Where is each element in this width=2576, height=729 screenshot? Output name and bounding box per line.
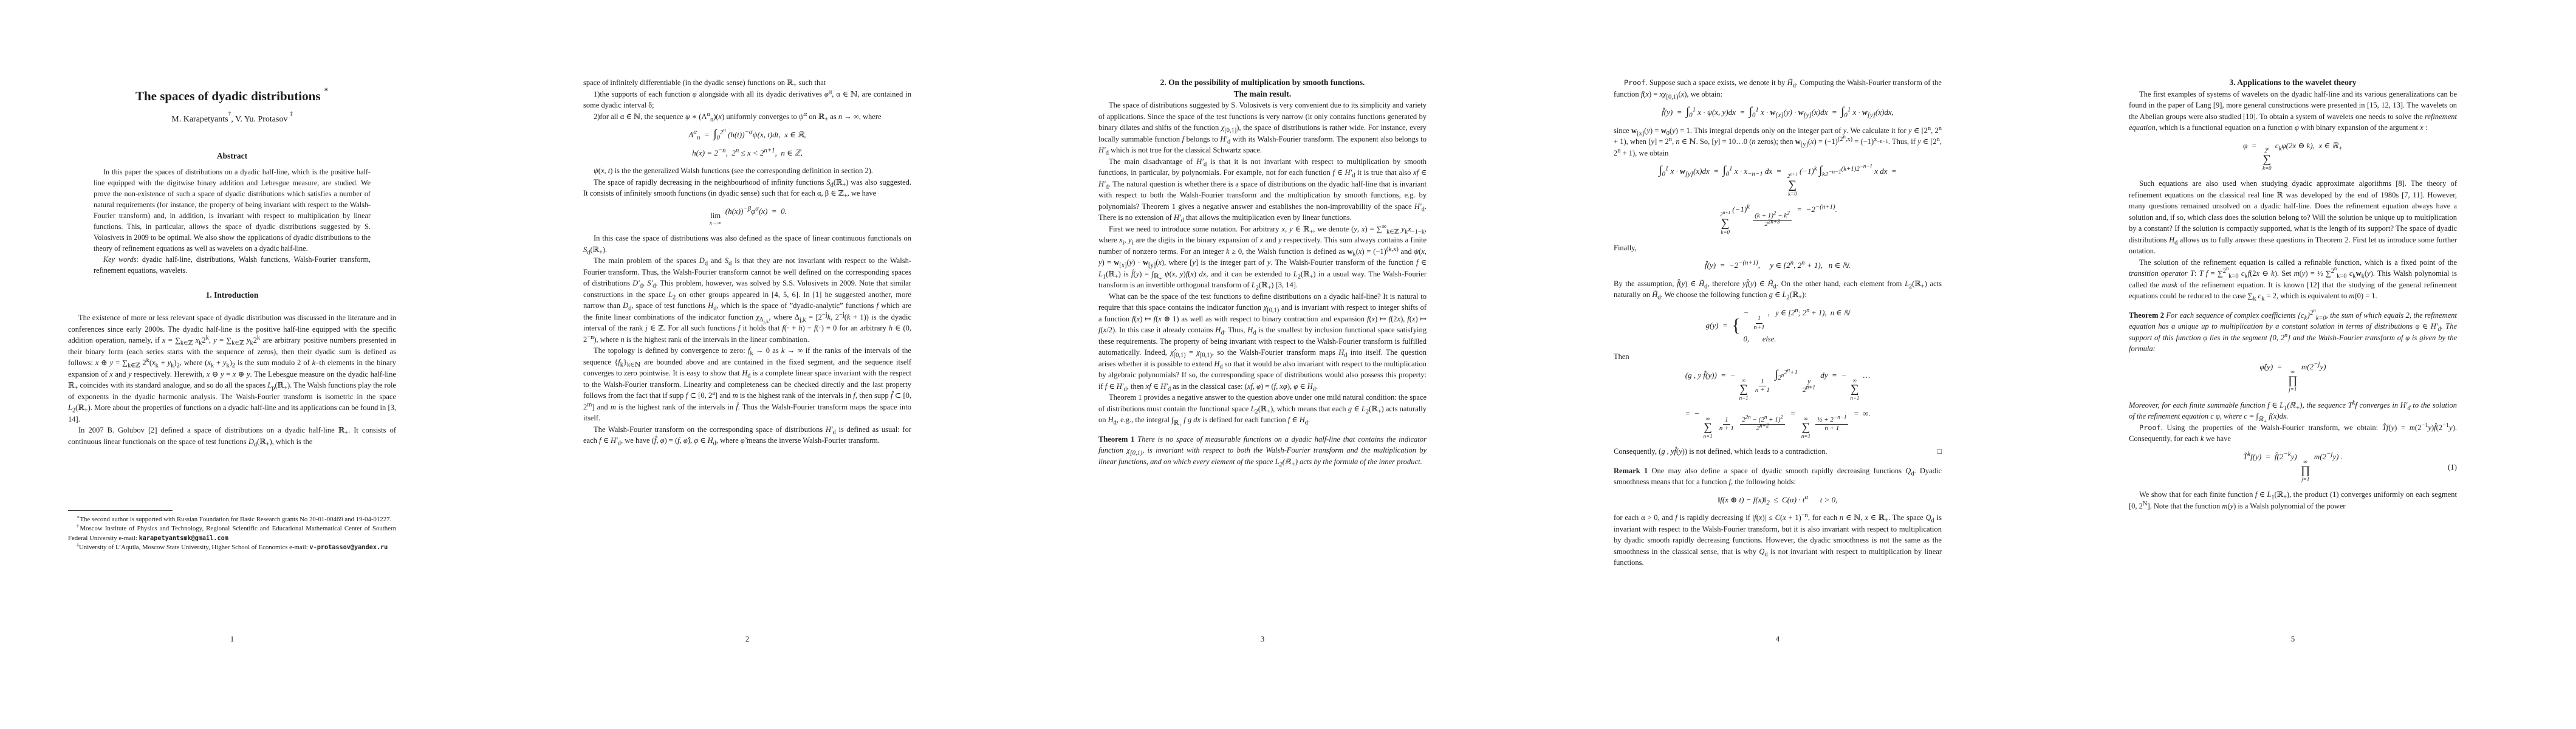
- qed-symbol: □: [1937, 446, 1942, 457]
- page-number-2: 2: [583, 634, 911, 644]
- theorem-2-label: Theorem 2: [2129, 311, 2164, 320]
- footnote-2-text: Moscow Institute of Physics and Technolo…: [68, 525, 396, 541]
- page-3-paragraph-2: The main disadvantage of H′d is that it …: [1098, 156, 1427, 224]
- equation-dyadic-smoothness: ‖f(x ⊕ t) − f(x)‖2 ≤ C(α) · tα t > 0,: [1614, 495, 1942, 506]
- equation-phihat-product: φ̂(y) = ∞∏j=1 m(2−jy): [2129, 361, 2457, 393]
- theorem-1: Theorem 1 There is no space of measurabl…: [1098, 434, 1427, 468]
- theorem-2: Theorem 2 For each sequence of complex c…: [2129, 310, 2457, 355]
- author-2: V. Yu. Protasov: [235, 115, 287, 124]
- page-5-paragraph-2: Such equations are also used when studyi…: [2129, 178, 2457, 257]
- equation-1-numbered: T̂kf(y) = f̂(2−ky) ∞∏j=1 m(2−jy) .(1): [2129, 451, 2457, 483]
- footnote-2: †Moscow Institute of Physics and Technol…: [68, 524, 396, 543]
- footnote-3-text: University of L’Aquila, Moscow State Uni…: [79, 544, 309, 551]
- paper-title: The spaces of dyadic distributions ∗: [68, 89, 396, 104]
- abstract-block: In this paper the spaces of distribution…: [94, 166, 371, 276]
- equation-sum-result: 2n+1∑k=0(−1)k (k + 1)2 − k222n+3 = −2−(n…: [1614, 204, 1942, 236]
- page-2-paragraph-1: space of infinitely differentiable (in t…: [583, 77, 911, 89]
- author-1-mark: †: [228, 111, 231, 117]
- page-4-conclusion: Consequently, (g , yf̂(y)) is not define…: [1614, 446, 1942, 457]
- equation-lambda: Λαn = ∫02n (h(t))−αψ(x, t)dt, x ∈ ℝ,: [583, 129, 911, 141]
- author-2-mark: ‡: [290, 111, 293, 117]
- page-2-paragraph-4: In this case the space of distributions …: [583, 233, 911, 255]
- remark-1-label: Remark 1: [1614, 467, 1648, 475]
- footnote-block: ∗The second author is supported with Rus…: [68, 510, 396, 553]
- page-1-body: The existence of more or less relevant s…: [68, 312, 396, 447]
- section-1-heading: 1. Introduction: [68, 290, 396, 300]
- page-3-paragraph-4: What can be the space of the test functi…: [1098, 291, 1427, 392]
- equation-g-cases: g(y) = {− 1n+1, y ∈ [2n; 2n + 1), n ∈ ℕ0…: [1614, 307, 1942, 345]
- proof-2-label: Proof: [2139, 423, 2161, 432]
- page-3-column: 2. On the possibility of multiplication …: [1098, 0, 1427, 467]
- page-4-paragraph-2: since w[x](y) = w0(y) = 1. This integral…: [1614, 125, 1942, 159]
- page-2: space of infinitely differentiable (in t…: [515, 0, 1030, 729]
- title-footnote-mark: ∗: [324, 85, 329, 94]
- paper-title-text: The spaces of dyadic distributions: [135, 89, 321, 103]
- page-3-paragraph-5: Theorem 1 provides a negative answer to …: [1098, 392, 1427, 426]
- page-number-3: 3: [1098, 634, 1427, 644]
- theorem-2-continuation: Moreover, for each finite summable funct…: [2129, 400, 2457, 422]
- page-3: 2. On the possibility of multiplication …: [1030, 0, 1546, 729]
- page-5-column: 3. Applications to the wavelet theory Th…: [2129, 0, 2457, 512]
- page-1: The spaces of dyadic distributions ∗ M. …: [0, 0, 515, 729]
- author-1: M. Karapetyants: [171, 115, 228, 124]
- page-4-column: Proof. Suppose such a space exists, we d…: [1614, 0, 1942, 569]
- page-4-paragraph-4: By the assumption, f̂(y) ∈ H̃d, therefor…: [1614, 278, 1942, 301]
- page-4: Proof. Suppose such a space exists, we d…: [1546, 0, 2061, 729]
- footnote-3: ‡University of L’Aquila, Moscow State Un…: [68, 543, 396, 552]
- remark-1-text-1: One may also define a space of dyadic sm…: [1614, 467, 1942, 487]
- page-2-paragraph-3: The space of rapidly decreasing in the n…: [583, 177, 911, 199]
- page-5-paragraph-3: The solution of the refinement equation …: [2129, 257, 2457, 302]
- footnote-rule: [68, 510, 173, 511]
- proof-1: Proof. Suppose such a space exists, we d…: [1614, 77, 1942, 100]
- authors-line: M. Karapetyants†, V. Yu. Protasov ‡: [68, 115, 396, 125]
- page-2-list-item-2: 2)for all α ∈ ℕ, the sequence ψ ∗ (Λαn)(…: [583, 111, 911, 123]
- footnote-1-text: The second author is supported with Russ…: [80, 516, 391, 523]
- page-4-finally: Finally,: [1614, 242, 1942, 254]
- footnote-3-email: v-protassov@yandex.ru: [309, 544, 388, 551]
- footnote-1: ∗The second author is supported with Rus…: [68, 515, 396, 524]
- intro-paragraph-1: The existence of more or less relevant s…: [68, 312, 396, 425]
- page-1-column: The spaces of dyadic distributions ∗ M. …: [68, 0, 396, 447]
- keywords-line: Key words: dyadic half-line, distributio…: [94, 254, 371, 276]
- author-separator: ,: [231, 115, 233, 124]
- page-2-list-item-1: 1)the supports of each function φ alongs…: [583, 89, 911, 111]
- proof-2-text: . Using the properties of the Walsh-Four…: [2129, 423, 2457, 443]
- page-4-conclusion-text: Consequently, (g , yf̂(y)) is not define…: [1614, 447, 1828, 456]
- equation-refinement: φ = 2n∑k=0 ckφ(2x ⊖ k), x ∈ ℝ+: [2129, 140, 2457, 172]
- page-2-paragraph-5: The main problem of the spaces Dd and Sd…: [583, 255, 911, 345]
- page-2-paragraph-6: The topology is defined by convergence t…: [583, 345, 911, 424]
- remark-1-text-2: for each α > 0, and f is rapidly decreas…: [1614, 512, 1942, 569]
- section-2-heading-line-2: The main result.: [1098, 89, 1427, 100]
- proof-1-label: Proof: [1624, 78, 1646, 87]
- remark-1: Remark 1 One may also define a space of …: [1614, 465, 1942, 488]
- equation-fhat-value: f̂(y) = −2−(n+1), y ∈ [2n, 2n + 1), n ∈ …: [1614, 260, 1942, 272]
- page-2-column: space of infinitely differentiable (in t…: [583, 0, 911, 447]
- equation-h-function: h(x) = 2−n, 2n ≤ x < 2n+1, n ∈ ℤ,: [583, 148, 911, 159]
- page-4-then: Then: [1614, 351, 1942, 363]
- footnote-2-email: karapetyantsmk@gmail.com: [139, 535, 228, 542]
- equation-inner-product-1: (g , y f̂(y)) = − ∞∑n=1 1n + 1 ∫2n2n+1 y…: [1614, 369, 1942, 402]
- page-2-paragraph-7: The Walsh-Fourier transform on the corre…: [583, 424, 911, 447]
- abstract-heading: Abstract: [68, 151, 396, 161]
- page-number-5: 5: [2129, 634, 2457, 644]
- equation-1-body: T̂kf(y) = f̂(2−ky) ∞∏j=1 m(2−jy) .: [2243, 452, 2343, 461]
- page-number-4: 4: [1614, 634, 1942, 644]
- section-3-heading: 3. Applications to the wavelet theory: [2129, 77, 2457, 89]
- proof-1-text: . Suppose such a space exists, we denote…: [1614, 78, 1942, 98]
- page-3-paragraph-3: First we need to introduce some notation…: [1098, 224, 1427, 291]
- page-5: 3. Applications to the wavelet theory Th…: [2061, 0, 2576, 729]
- equation-limit: limx→∞ (h(x))−βφα(x) = 0.: [583, 206, 911, 227]
- page-3-paragraph-1: The space of distributions suggested by …: [1098, 100, 1427, 156]
- abstract-paragraph: In this paper the spaces of distribution…: [94, 166, 371, 254]
- equation-sum-integral: ∫01 x · w[y](x)dx = ∫01 x · x−n−1 dx = 2…: [1614, 165, 1942, 197]
- theorem-1-body: There is no space of measurable function…: [1098, 435, 1427, 466]
- section-2-heading-line-1: 2. On the possibility of multiplication …: [1098, 77, 1427, 89]
- page-5-paragraph-1: The first examples of systems of wavelet…: [2129, 89, 2457, 134]
- paper-canvas: arXiv:2012.05209v1 [math.FA] 9 Dec 2020 …: [0, 0, 2576, 729]
- equation-fhat-integral: f̂(y) = ∫01 x · ψ(x, y)dx = ∫01 x · w[x]…: [1614, 106, 1942, 118]
- theorem-1-label: Theorem 1: [1098, 435, 1134, 443]
- keywords-label: Key words: [103, 255, 136, 264]
- page-2-paragraph-2: ψ(x, t) is the the generalized Walsh fun…: [583, 165, 911, 177]
- page-5-paragraph-4: We show that for each finite function f …: [2129, 489, 2457, 512]
- theorem-2-body: For each sequence of complex coefficient…: [2129, 311, 2457, 354]
- equation-inner-product-2: = − ∞∑n=1 1n + 1 22n − (2n + 1)22n+2 = ∞…: [1614, 408, 1942, 440]
- intro-paragraph-2: In 2007 B. Golubov [2] defined a space o…: [68, 425, 396, 447]
- equation-1-tag: (1): [2448, 461, 2457, 473]
- page-number-1: 1: [68, 634, 396, 644]
- proof-2: Proof. Using the properties of the Walsh…: [2129, 422, 2457, 445]
